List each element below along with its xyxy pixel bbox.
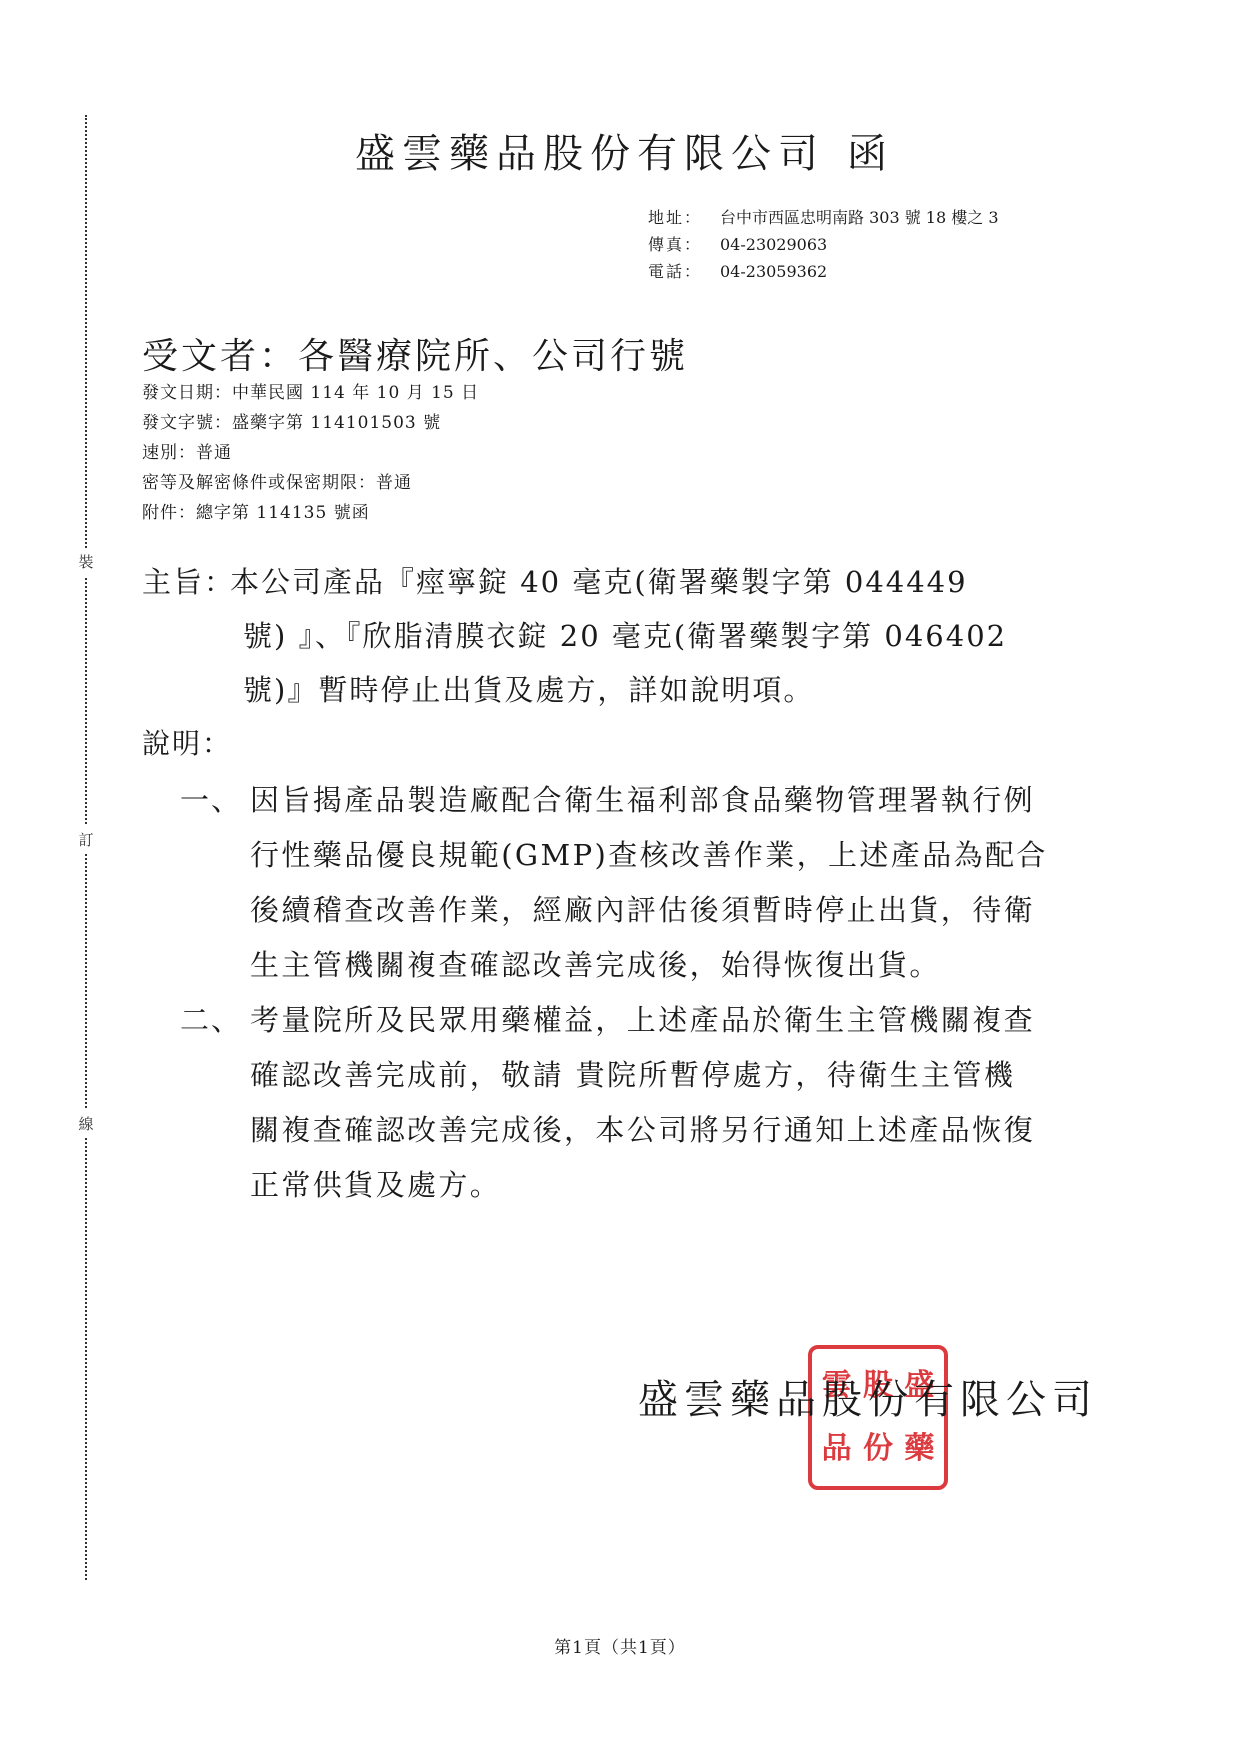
stamp-char: 藥 [904,1434,934,1464]
meta-issue-date: 發文日期：中華民國 114 年 10 月 15 日 [142,381,479,405]
recipient: 受文者：各醫療院所、公司行號 [142,328,688,379]
subject-label: 主旨： [142,562,235,602]
company-name: 盛雲藥品股份有限公司 [355,131,825,177]
info-phone: 電話：04-23059362 [648,261,827,283]
page-number: 第1頁（共1頁） [0,1633,1240,1658]
info-value: 台中市西區忠明南路 303 號 18 樓之 3 [720,208,999,227]
info-value: 04-23059362 [720,262,827,281]
binding-label-xian: 線 [74,1110,98,1138]
subject-line: 本公司產品『痙寧錠 40 毫克(衛署藥製字第 044449 [230,562,968,602]
binding-label-zhuang: 裝 [74,548,98,576]
stamp-char: 品 [822,1434,852,1464]
meta-document-number: 發文字號：盛藥字第 114101503 號 [142,411,441,435]
stamp-char: 份 [863,1434,893,1464]
meta-attachment: 附件：總字第 114135 號函 [142,501,370,525]
document-title: 盛雲藥品股份有限公司函 [355,122,894,179]
document-type: 函 [847,131,894,177]
item-line: 生主管機關複查確認改善完成後，始得恢復出貨。 [250,945,941,985]
info-label: 電話： [648,261,720,283]
info-address: 地址：台中市西區忠明南路 303 號 18 樓之 3 [648,207,999,229]
item-line: 行性藥品優良規範(GMP)查核改善作業，上述產品為配合 [250,835,1048,875]
subject-line: 號) 』、『欣脂清膜衣錠 20 毫克(衛署藥製字第 046402 [243,616,1007,656]
info-label: 地址： [648,207,720,229]
meta-priority: 速別：普通 [142,441,232,465]
item-line: 因旨揭產品製造廠配合衛生福利部食品藥物管理署執行例 [250,780,1035,820]
info-label: 傳真： [648,234,720,256]
signature-company-name: 盛雲藥品股份有限公司 [638,1368,1098,1425]
item-line: 正常供貨及處方。 [250,1165,501,1205]
meta-confidentiality: 密等及解密條件或保密期限：普通 [142,471,412,495]
subject-line: 號)』暫時停止出貨及處方，詳如說明項。 [243,670,814,710]
info-fax: 傳真：04-23029063 [648,234,827,256]
explanation-heading: 說明： [142,722,232,762]
item-line: 後續稽查改善作業，經廠內評估後須暫時停止出貨，待衛 [250,890,1035,930]
info-value: 04-23029063 [720,235,827,254]
item-number: 二、 [180,1000,242,1040]
binding-label-ding: 訂 [74,826,98,854]
item-line: 關複查確認改善完成後，本公司將另行通知上述產品恢復 [250,1110,1035,1150]
item-line: 考量院所及民眾用藥權益，上述產品於衛生主管機關複查 [250,1000,1035,1040]
item-number: 一、 [180,780,242,820]
item-line: 確認改善完成前，敬請 貴院所暫停處方，待衛生主管機 [250,1055,1015,1095]
